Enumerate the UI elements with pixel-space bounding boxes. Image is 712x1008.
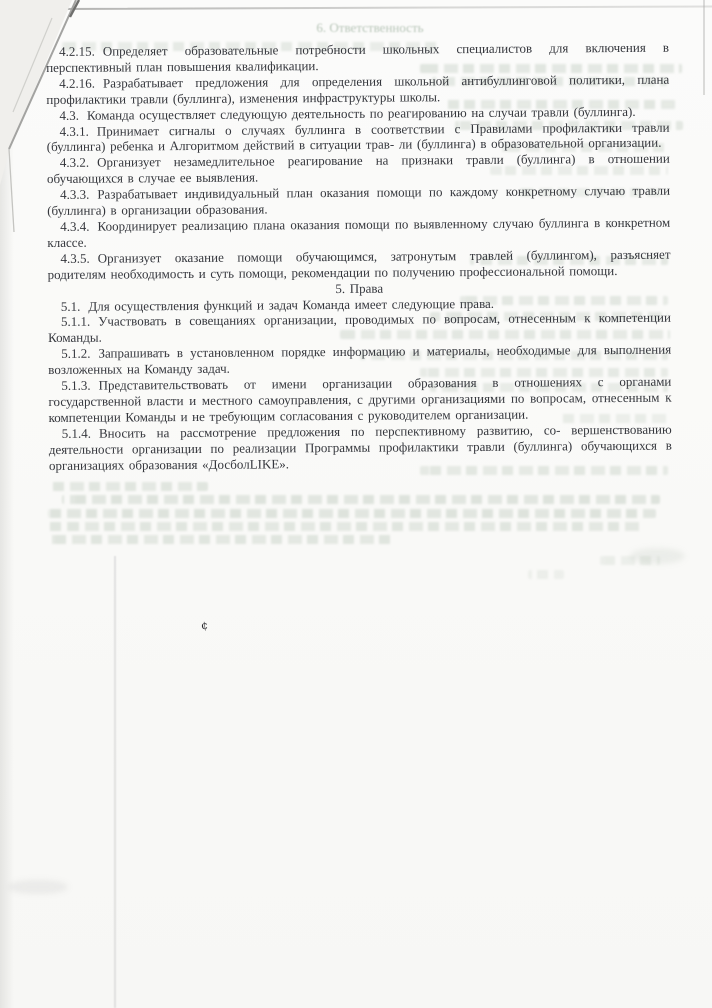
bleedthrough-heading: 6. Ответственность xyxy=(255,20,485,36)
clause-text: Организует оказание помощи обучающимся, … xyxy=(48,246,671,281)
bleedthrough-line xyxy=(528,570,564,579)
clause-number: 4.3. xyxy=(59,107,87,122)
clause-text: Определяет образовательные потребности ш… xyxy=(46,40,669,75)
scan-smudge xyxy=(8,880,68,894)
clause-paragraph: 4.2.15.Определяет образовательные потреб… xyxy=(46,40,669,76)
clause-number: 5.1.1. xyxy=(61,314,98,329)
scanned-page: 6. Ответственность ¢ 4.2.15.Определяет о… xyxy=(0,0,712,1008)
clause-number: 4.2.15. xyxy=(59,44,103,59)
clause-text: Запрашивать в установленном порядке инфо… xyxy=(48,342,671,377)
clause-number: 5.1. xyxy=(61,298,89,313)
clause-number: 5.1.3. xyxy=(61,378,98,393)
clause-paragraph: 4.3.3.Разрабатывает индивидуальный план … xyxy=(47,183,670,219)
clause-paragraph: 5.1.4.Вносить на рассмотрение предложени… xyxy=(49,421,672,473)
clause-paragraph: 5.1.2.Запрашивать в установленном порядк… xyxy=(48,342,671,378)
clause-text: Разрабатывает индивидуальный план оказан… xyxy=(47,183,670,218)
clause-paragraph: 5.1.1.Участвовать в совещаниях организац… xyxy=(48,310,671,346)
clause-number: 4.3.5. xyxy=(60,250,97,265)
clause-paragraph: 4.3.4.Координирует реализацию плана оказ… xyxy=(47,215,670,251)
bleedthrough-line xyxy=(48,522,642,531)
clause-text: Организует незамедлительное реагирование… xyxy=(47,151,670,186)
clause-number: 4.3.4. xyxy=(60,219,97,234)
clause-number: 4.3.1. xyxy=(60,123,97,138)
clause-paragraph: 4.3.5.Организует оказание помощи обучающ… xyxy=(47,246,670,282)
paper-crease xyxy=(114,556,116,1008)
document-body: 4.2.15.Определяет образовательные потреб… xyxy=(46,40,672,474)
clause-text: Вносить на рассмотрение предложения по п… xyxy=(49,421,672,472)
clause-number: 4.3.3. xyxy=(60,187,97,202)
bleedthrough-line xyxy=(48,509,656,518)
clause-paragraph: 4.3.1.Принимает сигналы о случаях буллин… xyxy=(47,119,670,155)
clause-text: Координирует реализацию плана оказания п… xyxy=(47,215,670,250)
clause-text: Для осуществления функций и задач Команд… xyxy=(88,295,494,313)
bleedthrough-line xyxy=(48,482,208,491)
ink-mark: ¢ xyxy=(200,619,209,633)
clause-number: 5.1.2. xyxy=(61,346,98,361)
clause-paragraph: 4.3.2.Организует незамедлительное реагир… xyxy=(47,151,670,187)
clause-text: Участвовать в совещаниях организации, пр… xyxy=(48,310,671,345)
clause-number: 4.3.2. xyxy=(60,155,97,170)
paper-right-edge xyxy=(703,0,705,95)
clause-number: 4.2.16. xyxy=(59,75,103,90)
bleedthrough-line xyxy=(62,495,660,504)
clause-paragraph: 5.1.3.Представительствовать от имени орг… xyxy=(48,374,671,426)
clause-number: 5.1.4. xyxy=(62,425,99,440)
clause-text: Принимает сигналы о случаях буллинга в с… xyxy=(47,119,670,154)
clause-text: Разрабатывает предложения для определени… xyxy=(46,71,669,106)
clause-paragraph: 4.2.16.Разрабатывает предложения для опр… xyxy=(46,71,669,107)
bleedthrough-line xyxy=(48,535,392,544)
scan-smudge xyxy=(630,548,685,564)
clause-text: Представительствовать от имени организац… xyxy=(48,374,671,425)
